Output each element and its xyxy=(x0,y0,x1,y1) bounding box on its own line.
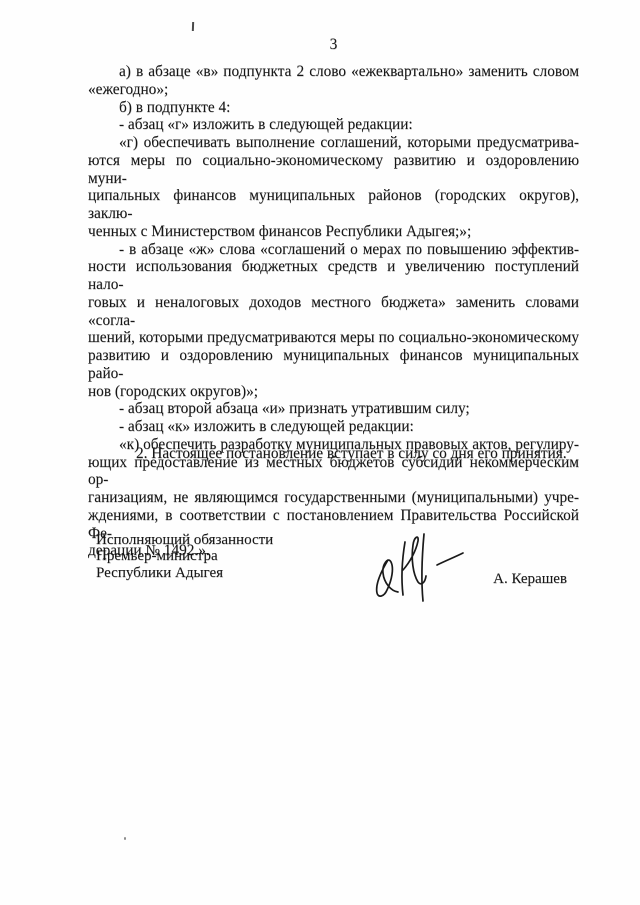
document-body: а) в абзаце «в» подпункта 2 слово «ежекв… xyxy=(88,63,579,560)
text-line: «г) обеспечивать выполнение соглашений, … xyxy=(88,134,579,152)
document-page: 3 а) в абзаце «в» подпункта 2 слово «еже… xyxy=(0,0,640,905)
text-line: - абзац «г» изложить в следующей редакци… xyxy=(88,116,579,134)
text-line: - абзац второй абзаца «и» признать утрат… xyxy=(88,400,579,418)
scan-artifact-tick xyxy=(192,22,194,31)
text-line: ганизациям, не являющимся государственны… xyxy=(88,489,579,507)
text-line: ципальных финансов муниципальных районов… xyxy=(88,187,579,223)
text-line: говых и неналоговых доходов местного бюд… xyxy=(88,294,579,330)
text-line: б) в подпункте 4: xyxy=(88,99,579,117)
signatory-title-line: Премьер-министра xyxy=(96,548,273,564)
text-line: развитию и оздоровлению муниципальных фи… xyxy=(88,347,579,383)
text-line: - абзац «к» изложить в следующей редакци… xyxy=(88,418,579,436)
text-line: - в абзаце «ж» слова «соглашений о мерах… xyxy=(88,241,579,259)
signatory-title-line: Исполняющий обязанности xyxy=(96,532,273,548)
text-line: шений, которыми предусматриваются меры п… xyxy=(88,329,579,347)
page-number: 3 xyxy=(88,36,579,54)
text-line: нов (городских округов)»; xyxy=(88,383,579,401)
signature-scribble xyxy=(366,520,476,604)
text-line: «ежегодно»; xyxy=(88,81,579,99)
text-line: ченных с Министерством финансов Республи… xyxy=(88,223,579,241)
text-line: а) в абзаце «в» подпункта 2 слово «ежекв… xyxy=(88,63,579,81)
signer-name: А. Керашев xyxy=(88,571,567,588)
text-line: ности использования бюджетных средств и … xyxy=(88,258,579,294)
scan-artifact-speck xyxy=(124,837,126,840)
text-line: ются меры по социально-экономическому ра… xyxy=(88,152,579,188)
paragraph-2: 2. Настоящее постановление вступает в си… xyxy=(88,445,579,463)
